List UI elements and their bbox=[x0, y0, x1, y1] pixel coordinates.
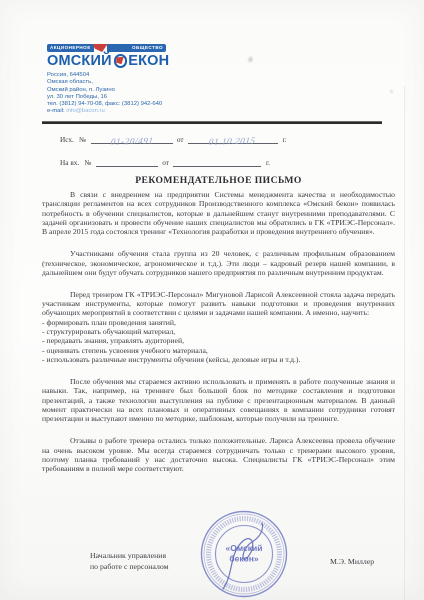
paragraph: После обучения мы стараемся активно испо… bbox=[42, 377, 395, 424]
outgoing-date-field: 01.10.2015 bbox=[188, 134, 278, 144]
scan-smudge bbox=[330, 264, 336, 270]
from-label: от bbox=[162, 158, 169, 167]
scan-smudge bbox=[388, 88, 395, 95]
signatory-name: М.Э. Миллер bbox=[330, 557, 374, 566]
list-item: - оценивать степень усвоения учебного ма… bbox=[42, 346, 395, 355]
handwritten-outgoing-number: 01-20/491 bbox=[110, 135, 154, 146]
email-address: info@bacon.ru bbox=[66, 108, 104, 114]
letterhead: АКЦИОНЕРНОЕ ОБЩЕСТВО ОМСКИЙ ЕКОН Россия,… bbox=[47, 44, 207, 116]
banner-right-label: ОБЩЕСТВО bbox=[107, 44, 166, 52]
handwritten-outgoing-date: 01.10.2015 bbox=[209, 135, 257, 146]
bacon-logo-icon bbox=[114, 54, 128, 68]
email-line: e-mail: info@bacon.ru bbox=[47, 108, 207, 115]
incoming-date-field bbox=[173, 157, 261, 167]
company-stamp: «Омский бекон» bbox=[191, 509, 301, 600]
company-name-part2: ЕКОН bbox=[128, 53, 169, 69]
number-sign: № bbox=[79, 135, 86, 144]
email-label: e-mail: bbox=[47, 108, 65, 114]
address-line: тел. (3812) 94-70-08, факс: (3812) 942-6… bbox=[47, 101, 207, 108]
incoming-ref-row: На вх. № от г. bbox=[60, 157, 275, 167]
paragraph: Отзывы о работе тренера остались только … bbox=[42, 436, 395, 473]
scan-edge-shadow bbox=[404, 86, 405, 600]
year-suffix: г. bbox=[266, 158, 270, 167]
letterhead-divider bbox=[42, 121, 382, 124]
list-item: - передавать знания, управлять аудиторие… bbox=[42, 336, 395, 345]
bacon-logo-wedge bbox=[116, 57, 124, 65]
skills-list: - формировать план проведения занятий, -… bbox=[42, 318, 395, 365]
banner-left-label: АКЦИОНЕРНОЕ bbox=[47, 44, 94, 52]
address-line: Омский район, п. Лузино bbox=[47, 87, 207, 94]
scanned-letter-page: АКЦИОНЕРНОЕ ОБЩЕСТВО ОМСКИЙ ЕКОН Россия,… bbox=[0, 0, 424, 600]
signatory-role-line1: Начальник управления bbox=[90, 551, 169, 562]
paragraph: Перед тренером ГК «ТРИЭС-Персонал» Мигун… bbox=[42, 290, 395, 318]
letter-body: В связи с внедрением на предприятии Сист… bbox=[42, 190, 395, 486]
outgoing-number-field: 01-20/491 bbox=[91, 134, 173, 144]
list-item: - структурировать обучающий материал, bbox=[42, 327, 395, 336]
signatory-role-line2: по работе с персоналом bbox=[90, 562, 169, 573]
number-sign: № bbox=[84, 158, 91, 167]
company-name-part1: ОМСКИЙ bbox=[47, 53, 112, 69]
address-line: ул. 30 лет Победы, 16 bbox=[47, 94, 207, 101]
scan-smudge bbox=[244, 53, 256, 66]
year-suffix: г. bbox=[283, 135, 287, 144]
company-address-block: Россия, 644504 Омская область, Омский ра… bbox=[47, 72, 207, 116]
list-item: - формировать план проведения занятий, bbox=[42, 318, 395, 327]
company-type-banner: АКЦИОНЕРНОЕ ОБЩЕСТВО bbox=[47, 44, 166, 52]
paragraph: Участниками обучения стала группа из 20 … bbox=[42, 249, 395, 277]
list-item: - использовать различные инструменты обу… bbox=[42, 355, 395, 364]
incoming-label: На вх. bbox=[60, 158, 79, 167]
incoming-number-field bbox=[96, 157, 158, 167]
outgoing-ref-row: Исх. № 01-20/491 от 01.10.2015 г. bbox=[60, 134, 292, 144]
address-line: Омская область, bbox=[47, 79, 207, 86]
company-logo: ОМСКИЙ ЕКОН bbox=[47, 53, 207, 69]
signatory-role: Начальник управления по работе с персона… bbox=[90, 551, 169, 572]
from-label: от bbox=[177, 135, 184, 144]
paragraph: В связи с внедрением на предприятии Сист… bbox=[42, 190, 395, 237]
outgoing-label: Исх. bbox=[60, 135, 74, 144]
letter-title: РЕКОМЕНДАТЕЛЬНОЕ ПИСЬМО bbox=[42, 175, 395, 186]
logo-red-notch-icon bbox=[93, 44, 108, 52]
address-line: Россия, 644504 bbox=[47, 72, 207, 79]
